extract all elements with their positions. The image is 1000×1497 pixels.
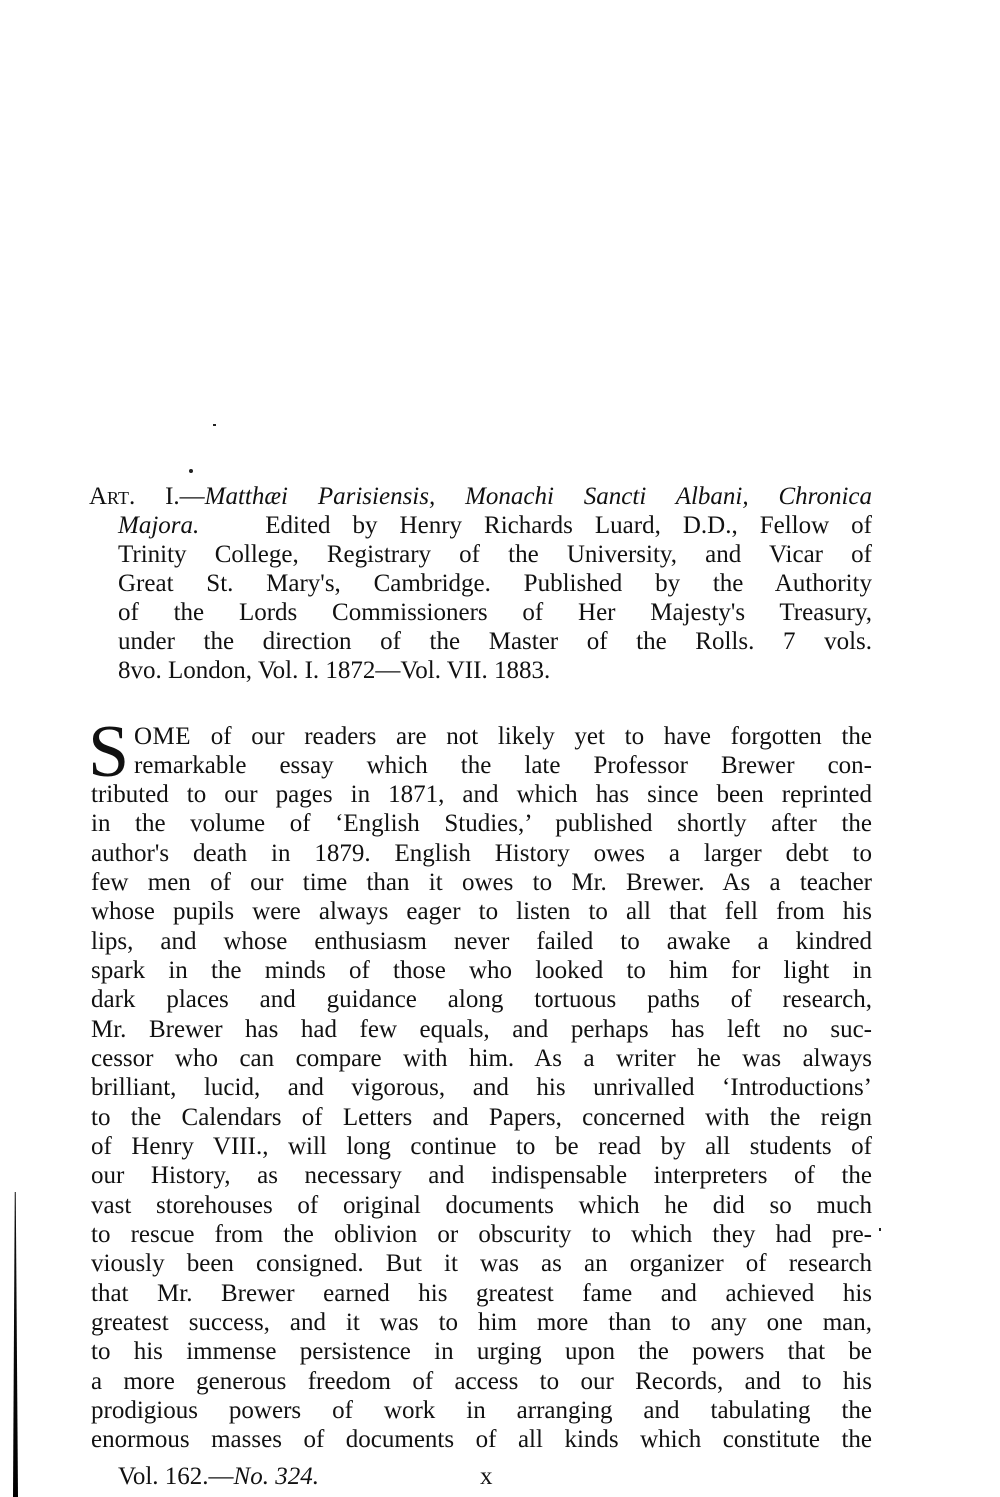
body-line: a more generous freedom of access to our… bbox=[91, 1367, 872, 1396]
drop-cap: S bbox=[88, 715, 129, 789]
body-line: enormous masses of documents of all kind… bbox=[91, 1425, 872, 1454]
body-line: our History, as necessary and indispensa… bbox=[91, 1161, 872, 1190]
article-title: Matthæi Parisiensis, Monachi Sancti Alba… bbox=[205, 483, 872, 510]
scan-speck bbox=[879, 1228, 881, 1231]
body-line: tributed to our pages in 1871, and which… bbox=[91, 780, 872, 809]
body-line: to the Calendars of Letters and Papers, … bbox=[91, 1103, 872, 1132]
article-title-line: Art. I.—Matthæi Parisiensis, Monachi San… bbox=[89, 482, 872, 511]
signature-mark: x bbox=[480, 1462, 493, 1491]
body-line: cessor who can compare with him. As a wr… bbox=[91, 1044, 872, 1073]
body-line: in the volume of ‘English Studies,’ publ… bbox=[91, 809, 872, 838]
page-footer: Vol. 162.—No. 324. x bbox=[118, 1462, 319, 1491]
page-edge-line bbox=[13, 1192, 18, 1497]
body-line: remarkable essay which the late Professo… bbox=[134, 751, 872, 780]
body-line: whose pupils were always eager to listen… bbox=[91, 897, 872, 926]
body-line-text: of our readers are not likely yet to hav… bbox=[191, 723, 872, 750]
body-line: viously been consigned. But it was as an… bbox=[91, 1249, 872, 1278]
citation-text: Edited by Henry Richards Luard, D.D., Fe… bbox=[265, 512, 872, 539]
body-line: to rescue from the oblivion or obscurity… bbox=[91, 1220, 872, 1249]
body-line: OME of our readers are not likely yet to… bbox=[134, 722, 872, 751]
body-line: vast storehouses of original documents w… bbox=[91, 1191, 872, 1220]
body-line: dark places and guidance along tortuous … bbox=[91, 985, 872, 1014]
dash: — bbox=[180, 483, 205, 510]
citation-line: of the Lords Commissioners of Her Majest… bbox=[118, 598, 872, 627]
volume-label: Vol. 162. bbox=[118, 1463, 209, 1490]
citation-line: 8vo. London, Vol. I. 1872—Vol. VII. 1883… bbox=[118, 656, 872, 685]
article-title-cont: Majora. bbox=[118, 512, 199, 539]
citation-line: Trinity College, Registrary of the Unive… bbox=[118, 540, 872, 569]
body-line: few men of our time than it owes to Mr. … bbox=[91, 868, 872, 897]
issue-number: No. 324. bbox=[234, 1463, 319, 1490]
body-line: brilliant, lucid, and vigorous, and his … bbox=[91, 1073, 872, 1102]
article-label: Art. I. bbox=[89, 483, 180, 510]
body-line: spark in the minds of those who looked t… bbox=[91, 956, 872, 985]
body-line: to his immense persistence in urging upo… bbox=[91, 1337, 872, 1366]
scan-speck bbox=[189, 469, 193, 473]
body-line: of Henry VIII., will long continue to be… bbox=[91, 1132, 872, 1161]
body-line: that Mr. Brewer earned his greatest fame… bbox=[91, 1279, 872, 1308]
citation-line: under the direction of the Master of the… bbox=[118, 627, 872, 656]
first-word-caps: OME bbox=[134, 723, 191, 750]
scanned-page: Art. I.—Matthæi Parisiensis, Monachi San… bbox=[0, 0, 1000, 1497]
citation-line: Great St. Mary's, Cambridge. Published b… bbox=[118, 569, 872, 598]
body-line: author's death in 1879. English History … bbox=[91, 839, 872, 868]
dash: — bbox=[209, 1463, 234, 1490]
scan-speck bbox=[213, 424, 216, 426]
article-title-line-2: Majora. Edited by Henry Richards Luard, … bbox=[118, 511, 872, 540]
body-line: prodigious powers of work in arranging a… bbox=[91, 1396, 872, 1425]
body-line: greatest success, and it was to him more… bbox=[91, 1308, 872, 1337]
body-line: lips, and whose enthusiasm never failed … bbox=[91, 927, 872, 956]
body-line: Mr. Brewer has had few equals, and perha… bbox=[91, 1015, 872, 1044]
